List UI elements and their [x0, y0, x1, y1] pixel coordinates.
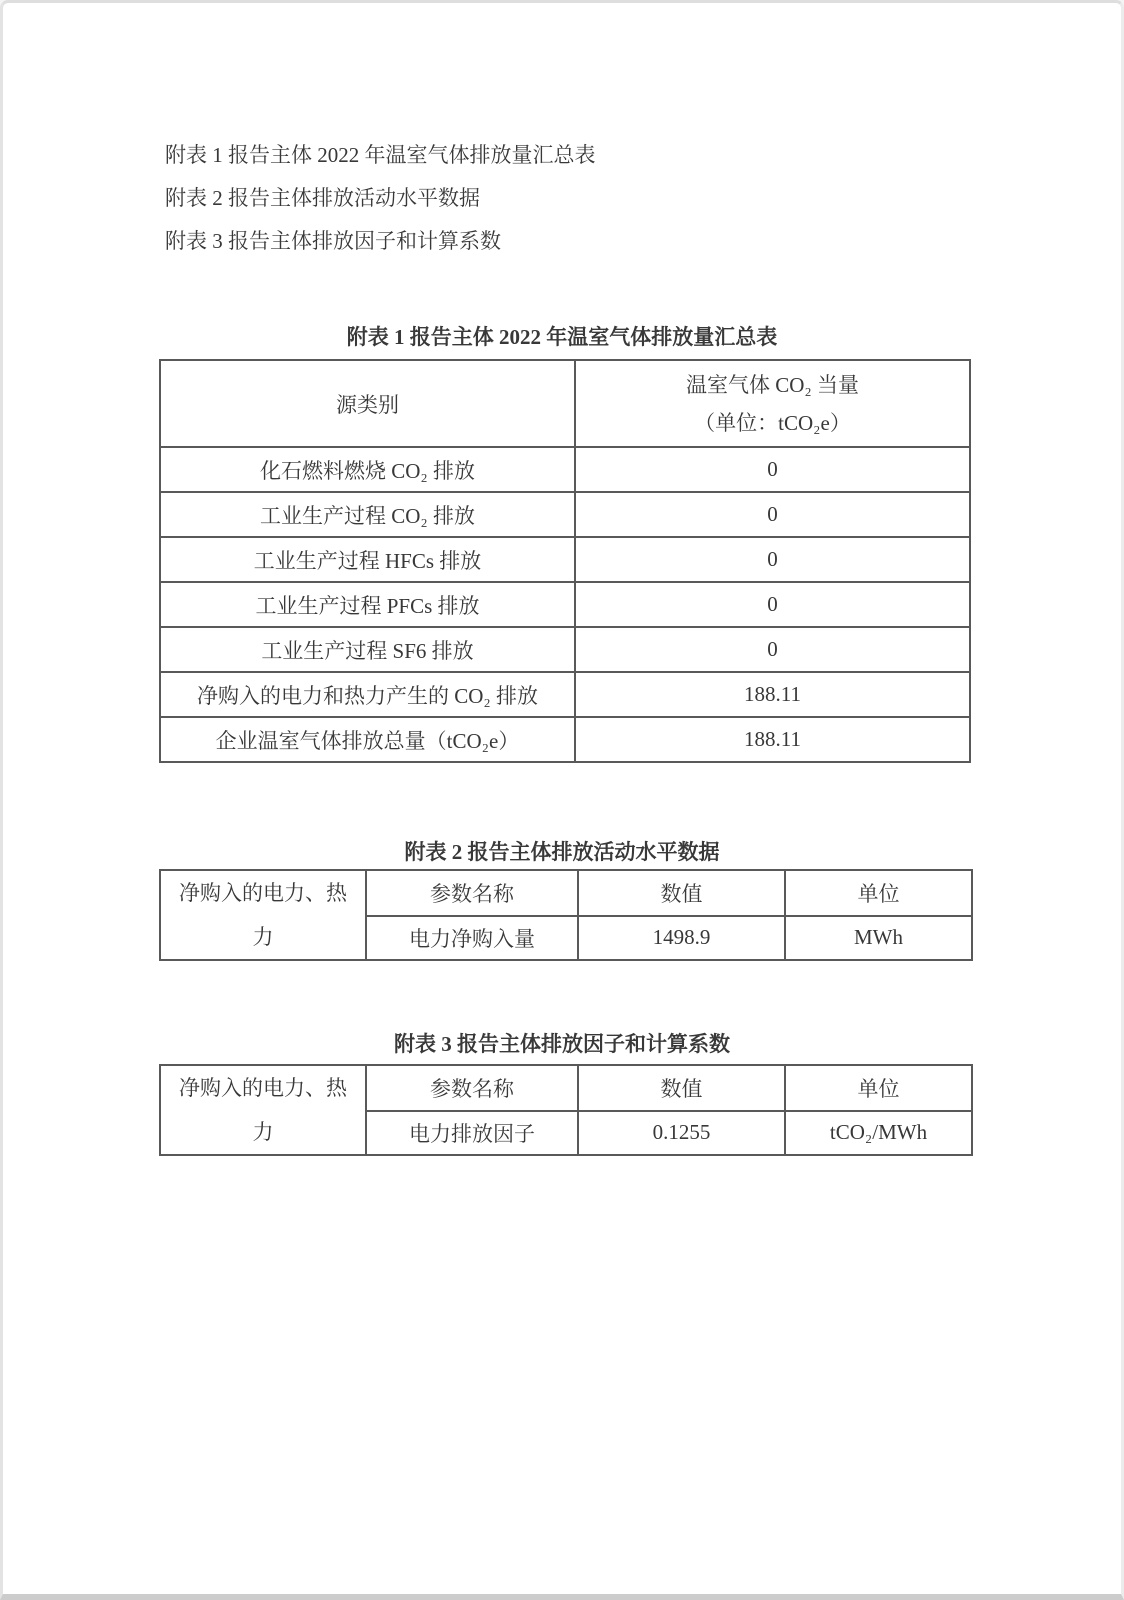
value-cell: 0	[575, 627, 970, 672]
param-cell: 电力净购入量	[366, 916, 578, 961]
table2-header-param: 参数名称	[366, 870, 578, 916]
source-cell: 化石燃料燃烧 CO₂ 排放	[160, 447, 575, 492]
source-cell: 企业温室气体排放总量（tCO₂e）	[160, 717, 575, 762]
table1-header-value-line1: 温室气体 CO₂ 当量	[576, 366, 969, 404]
unit-cell: tCO₂/MWh	[785, 1111, 972, 1156]
table3-header-unit: 单位	[785, 1065, 972, 1111]
table-row: 工业生产过程 SF6 排放 0	[160, 627, 970, 672]
value-cell: 0	[575, 447, 970, 492]
table3-group-line2: 力	[161, 1110, 365, 1154]
table1-header-source: 源类别	[160, 360, 575, 447]
table3-header-value: 数值	[578, 1065, 785, 1111]
table3-header-param: 参数名称	[366, 1065, 578, 1111]
source-cell: 工业生产过程 CO₂ 排放	[160, 492, 575, 537]
value-cell: 188.11	[575, 672, 970, 717]
table3-group-cell: 净购入的电力、热 力	[160, 1065, 366, 1155]
param-cell: 电力排放因子	[366, 1111, 578, 1156]
table2-activity-data: 净购入的电力、热 力 参数名称 数值 单位 电力净购入量 1498.9 MWh	[159, 869, 973, 961]
appendix-list: 附表 1 报告主体 2022 年温室气体排放量汇总表 附表 2 报告主体排放活动…	[165, 142, 596, 271]
table1-header-value-line2: （单位：tCO₂e）	[576, 404, 969, 442]
value-cell: 0	[575, 537, 970, 582]
value-cell: 188.11	[575, 717, 970, 762]
table1-header-row: 源类别 温室气体 CO₂ 当量 （单位：tCO₂e）	[160, 360, 970, 447]
appendix-list-item-3: 附表 3 报告主体排放因子和计算系数	[165, 228, 596, 254]
table2-group-line1: 净购入的电力、热	[161, 871, 365, 915]
table2-group-line2: 力	[161, 915, 365, 959]
value-cell: 0	[575, 492, 970, 537]
table-row: 企业温室气体排放总量（tCO₂e） 188.11	[160, 717, 970, 762]
table-row: 化石燃料燃烧 CO₂ 排放 0	[160, 447, 970, 492]
source-cell: 净购入的电力和热力产生的 CO₂ 排放	[160, 672, 575, 717]
source-cell: 工业生产过程 SF6 排放	[160, 627, 575, 672]
source-cell: 工业生产过程 PFCs 排放	[160, 582, 575, 627]
table3-group-line1: 净购入的电力、热	[161, 1066, 365, 1110]
table2-group-cell: 净购入的电力、热 力	[160, 870, 366, 960]
table1-emissions-summary: 源类别 温室气体 CO₂ 当量 （单位：tCO₂e） 化石燃料燃烧 CO₂ 排放…	[159, 359, 971, 763]
appendix-list-item-2: 附表 2 报告主体排放活动水平数据	[165, 185, 596, 211]
table1-header-value: 温室气体 CO₂ 当量 （单位：tCO₂e）	[575, 360, 970, 447]
table-row: 工业生产过程 PFCs 排放 0	[160, 582, 970, 627]
table-row: 工业生产过程 CO₂ 排放 0	[160, 492, 970, 537]
unit-cell: MWh	[785, 916, 972, 961]
table2-header-unit: 单位	[785, 870, 972, 916]
table3-header-row: 净购入的电力、热 力 参数名称 数值 单位	[160, 1065, 972, 1111]
table2-title: 附表 2 报告主体排放活动水平数据	[159, 836, 965, 866]
table2-header-value: 数值	[578, 870, 785, 916]
document-page: 附表 1 报告主体 2022 年温室气体排放量汇总表 附表 2 报告主体排放活动…	[0, 0, 1124, 1600]
table1-title: 附表 1 报告主体 2022 年温室气体排放量汇总表	[159, 321, 965, 351]
value-cell: 0	[575, 582, 970, 627]
table3-title: 附表 3 报告主体排放因子和计算系数	[159, 1028, 965, 1058]
table-row: 净购入的电力和热力产生的 CO₂ 排放 188.11	[160, 672, 970, 717]
value-cell: 1498.9	[578, 916, 785, 961]
value-cell: 0.1255	[578, 1111, 785, 1156]
table-row: 工业生产过程 HFCs 排放 0	[160, 537, 970, 582]
appendix-list-item-1: 附表 1 报告主体 2022 年温室气体排放量汇总表	[165, 142, 596, 168]
source-cell: 工业生产过程 HFCs 排放	[160, 537, 575, 582]
table2-header-row: 净购入的电力、热 力 参数名称 数值 单位	[160, 870, 972, 916]
table3-emission-factors: 净购入的电力、热 力 参数名称 数值 单位 电力排放因子 0.1255 tCO₂…	[159, 1064, 973, 1156]
